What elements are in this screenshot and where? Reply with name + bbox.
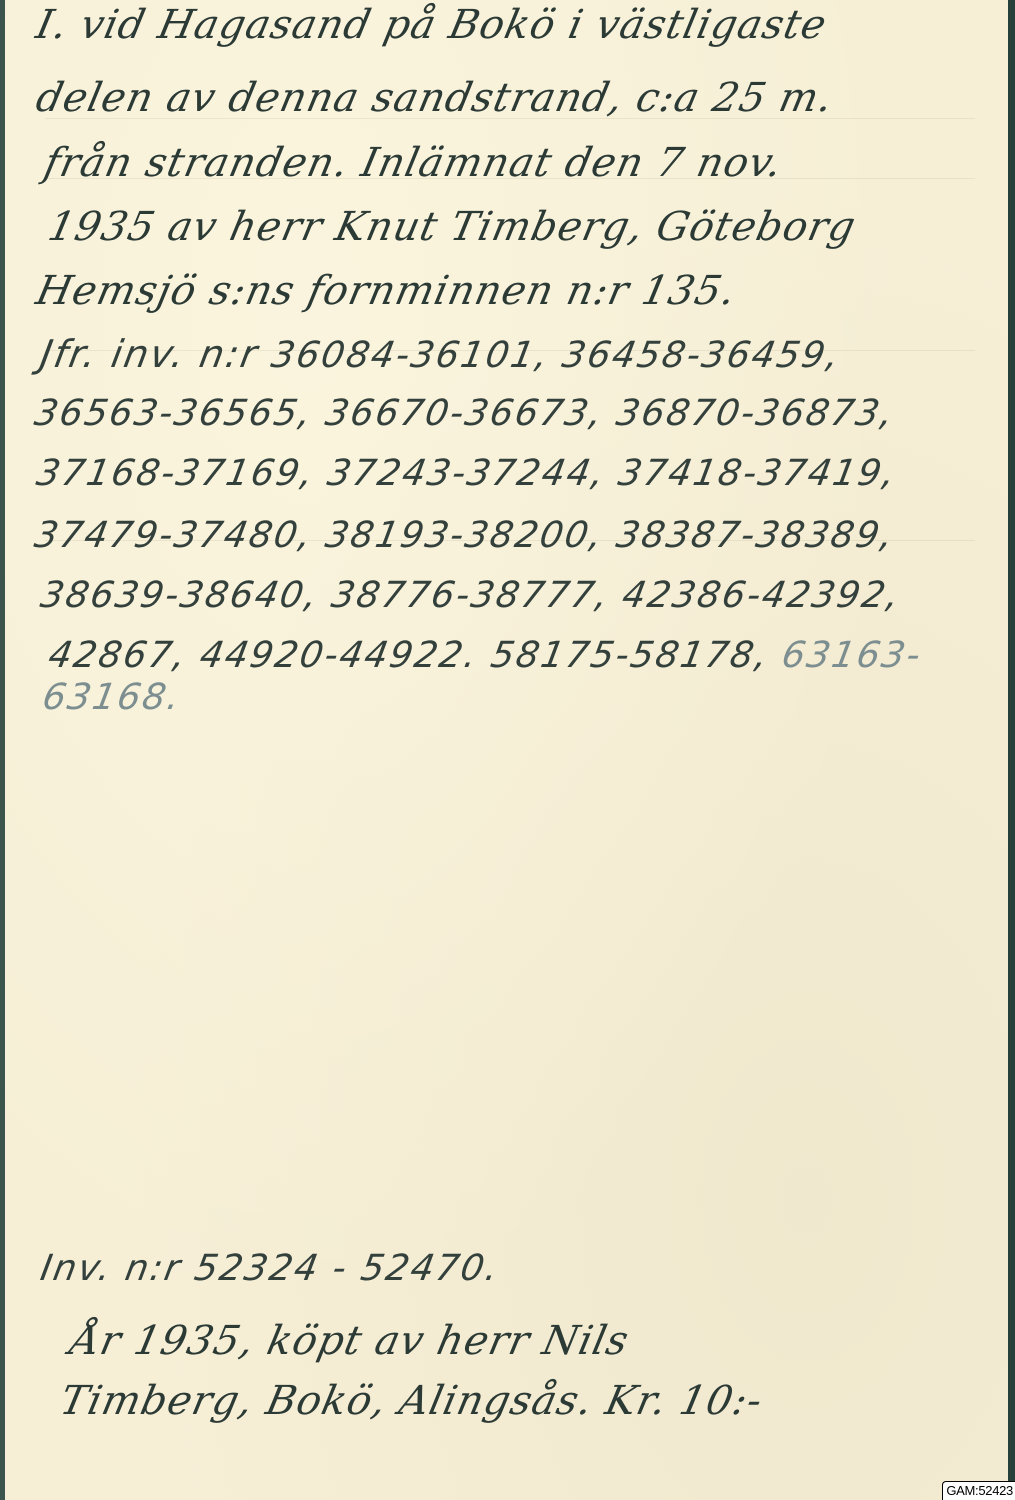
later-addition-start: 63163- — [779, 635, 926, 676]
reference-line-5: 38639-38640, 38776-38777, 42386-42392, — [37, 575, 904, 616]
description-line-3: från stranden. Inlämnat den 7 nov. — [40, 140, 787, 186]
acquisition-line-2: Timberg, Bokö, Alingsås. Kr. 10:- — [56, 1378, 767, 1424]
catalogue-card: I. vid Hagasand på Bokö i västligaste de… — [5, 0, 1008, 1500]
reference-line-1: Jfr. inv. n:r 36084-36101, 36458-36459, — [37, 332, 844, 376]
reference-line-3: 37168-37169, 37243-37244, 37418-37419, — [33, 453, 900, 494]
reference-ranges: 36084-36101, 36458-36459, — [268, 335, 844, 376]
description-line-4: 1935 av herr Knut Timberg, Göteborg — [44, 204, 860, 250]
reference-line-6: 42867, 44920-44922. 58175-58178, 63163- — [45, 635, 925, 676]
card-frame-right-edge — [1008, 0, 1015, 1500]
description-line-1: I. vid Hagasand på Bokö i västligaste — [32, 2, 831, 48]
description-line-2: delen av denna sandstrand, c:a 25 m. — [32, 75, 837, 121]
reference-ranges: 42867, 44920-44922. 58175-58178, — [45, 635, 772, 676]
catalogue-id-label: GAM:52423 — [942, 1481, 1015, 1500]
reference-prefix: Jfr. inv. n:r — [37, 332, 262, 376]
reference-line-2: 36563-36565, 36670-36673, 36870-36873, — [31, 393, 898, 434]
description-line-5: Hemsjö s:ns fornminnen n:r 135. — [32, 268, 740, 314]
inventory-number-line: Inv. n:r 52324 - 52470. — [37, 1248, 502, 1289]
acquisition-line-1: År 1935, köpt av herr Nils — [66, 1318, 633, 1364]
reference-line-4: 37479-37480, 38193-38200, 38387-38389, — [31, 515, 898, 556]
later-addition-end: 63168. — [39, 677, 184, 718]
